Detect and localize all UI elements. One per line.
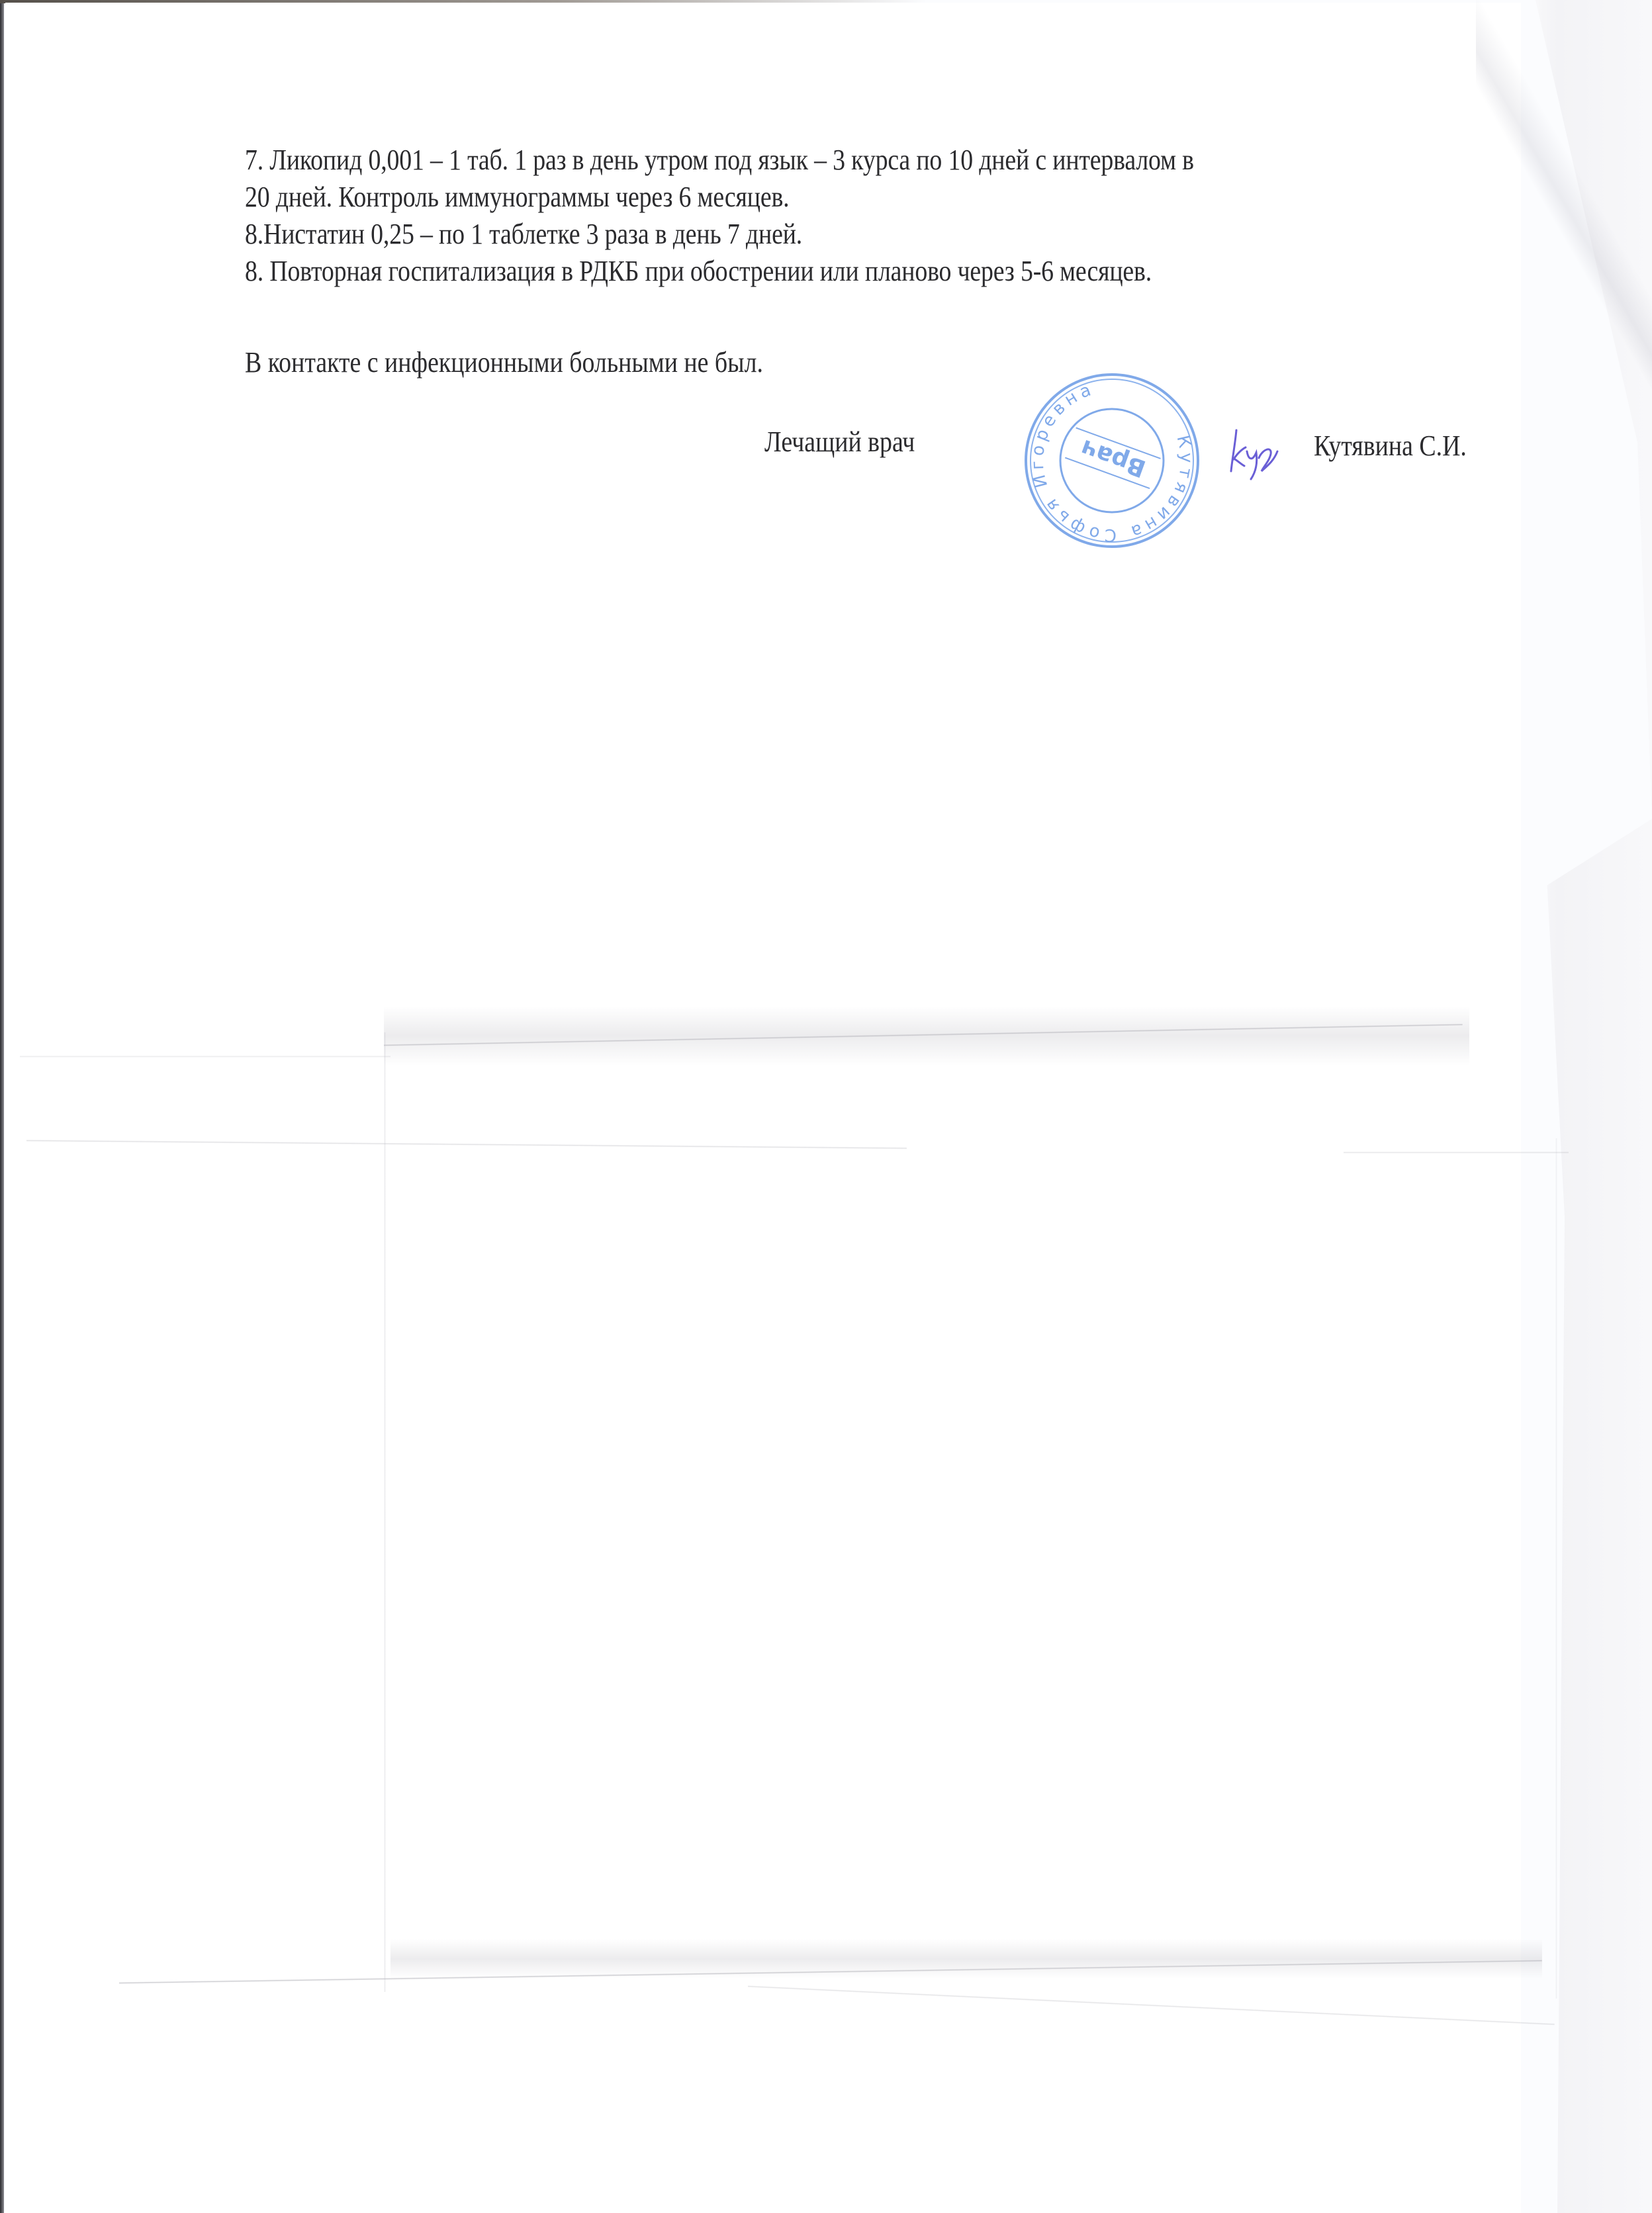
fold-shadow (1476, 0, 1652, 410)
recommendations-list: 7. Ликопид 0,001 – 1 таб. 1 раз в день у… (245, 142, 1355, 290)
paper-sheet (5, 3, 1521, 2213)
scanner-edge (0, 0, 4, 2213)
fold-shading (384, 1006, 1469, 1065)
recommendation-item: 8.Нистатин 0,25 – по 1 таблетке 3 раза в… (245, 216, 1355, 253)
vertical-fold (384, 1032, 386, 1992)
recommendation-item: 8. Повторная госпитализация в РДКБ при о… (245, 253, 1355, 290)
fold-crease (20, 1056, 390, 1058)
signature-icon (1218, 418, 1291, 484)
vertical-fold (1555, 1138, 1557, 1999)
recommendation-item: 7. Ликопид 0,001 – 1 таб. 1 раз в день у… (245, 142, 1355, 179)
fold-shading (390, 1939, 1542, 1979)
attending-physician-label: Лечащий врач (764, 424, 915, 461)
recommendation-item: 20 дней. Контроль иммунограммы через 6 м… (245, 179, 1355, 216)
infection-contact-statement: В контакте с инфекционными больными не б… (245, 344, 763, 381)
fold-crease (1344, 1152, 1569, 1153)
doctor-name: Кутявина С.И. (1314, 428, 1467, 465)
doctor-stamp-icon: Кутявина Софья Игоревна Врач (1019, 368, 1205, 553)
